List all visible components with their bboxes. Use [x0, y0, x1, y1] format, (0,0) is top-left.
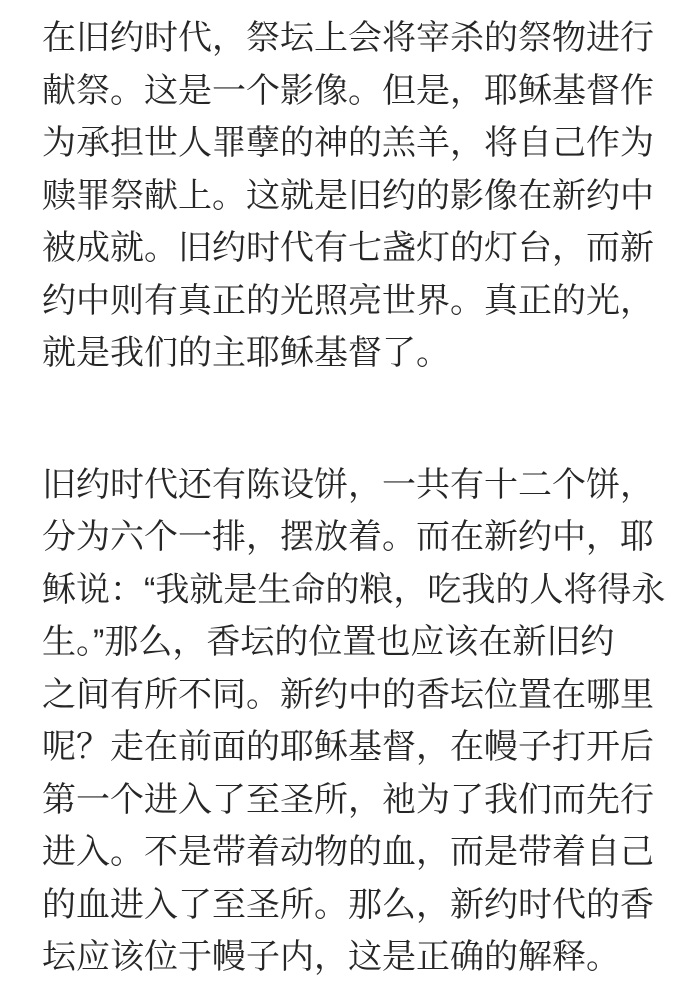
text-line: 进入。不是带着动物的血，而是带着自己: [42, 826, 658, 879]
text-line: 之间有所不同。新约中的香坛位置在哪里: [42, 669, 658, 722]
text-line: 第一个进入了至圣所，祂为了我们而先行: [42, 774, 658, 827]
text-line: 旧约时代还有陈设饼，一共有十二个饼，: [42, 459, 658, 512]
text-line: 稣说：“我就是生命的粮，吃我的人将得永: [42, 564, 658, 617]
text-line: 就是我们的主耶稣基督了。: [42, 327, 658, 380]
text-line: 的血进入了至圣所。那么，新约时代的香: [42, 879, 658, 932]
text-line: 分为六个一排，摆放着。而在新约中，耶: [42, 511, 658, 564]
text-line: 赎罪祭献上。这就是旧约的影像在新约中: [42, 170, 658, 223]
text-line: 为承担世人罪孽的神的羔羊，将自己作为: [42, 117, 658, 170]
text-line: 被成就。旧约时代有七盏灯的灯台，而新: [42, 222, 658, 275]
text-line: 呢？走在前面的耶稣基督，在幔子打开后: [42, 721, 658, 774]
paragraph: 旧约时代还有陈设饼，一共有十二个饼，分为六个一排，摆放着。而在新约中，耶稣说：“…: [42, 459, 658, 984]
text-line: 生。”那么，香坛的位置也应该在新旧约: [42, 616, 658, 669]
text-line: 约中则有真正的光照亮世界。真正的光，: [42, 275, 658, 328]
paragraph: 在旧约时代，祭坛上会将宰杀的祭物进行献祭。这是一个影像。但是，耶稣基督作为承担世…: [42, 12, 658, 380]
document-page: 在旧约时代，祭坛上会将宰杀的祭物进行献祭。这是一个影像。但是，耶稣基督作为承担世…: [0, 0, 694, 1000]
text-line: 坛应该位于幔子内，这是正确的解释。: [42, 931, 658, 984]
document-body: 在旧约时代，祭坛上会将宰杀的祭物进行献祭。这是一个影像。但是，耶稣基督作为承担世…: [42, 12, 658, 984]
text-line: 在旧约时代，祭坛上会将宰杀的祭物进行: [42, 12, 658, 65]
text-line: 献祭。这是一个影像。但是，耶稣基督作: [42, 65, 658, 118]
